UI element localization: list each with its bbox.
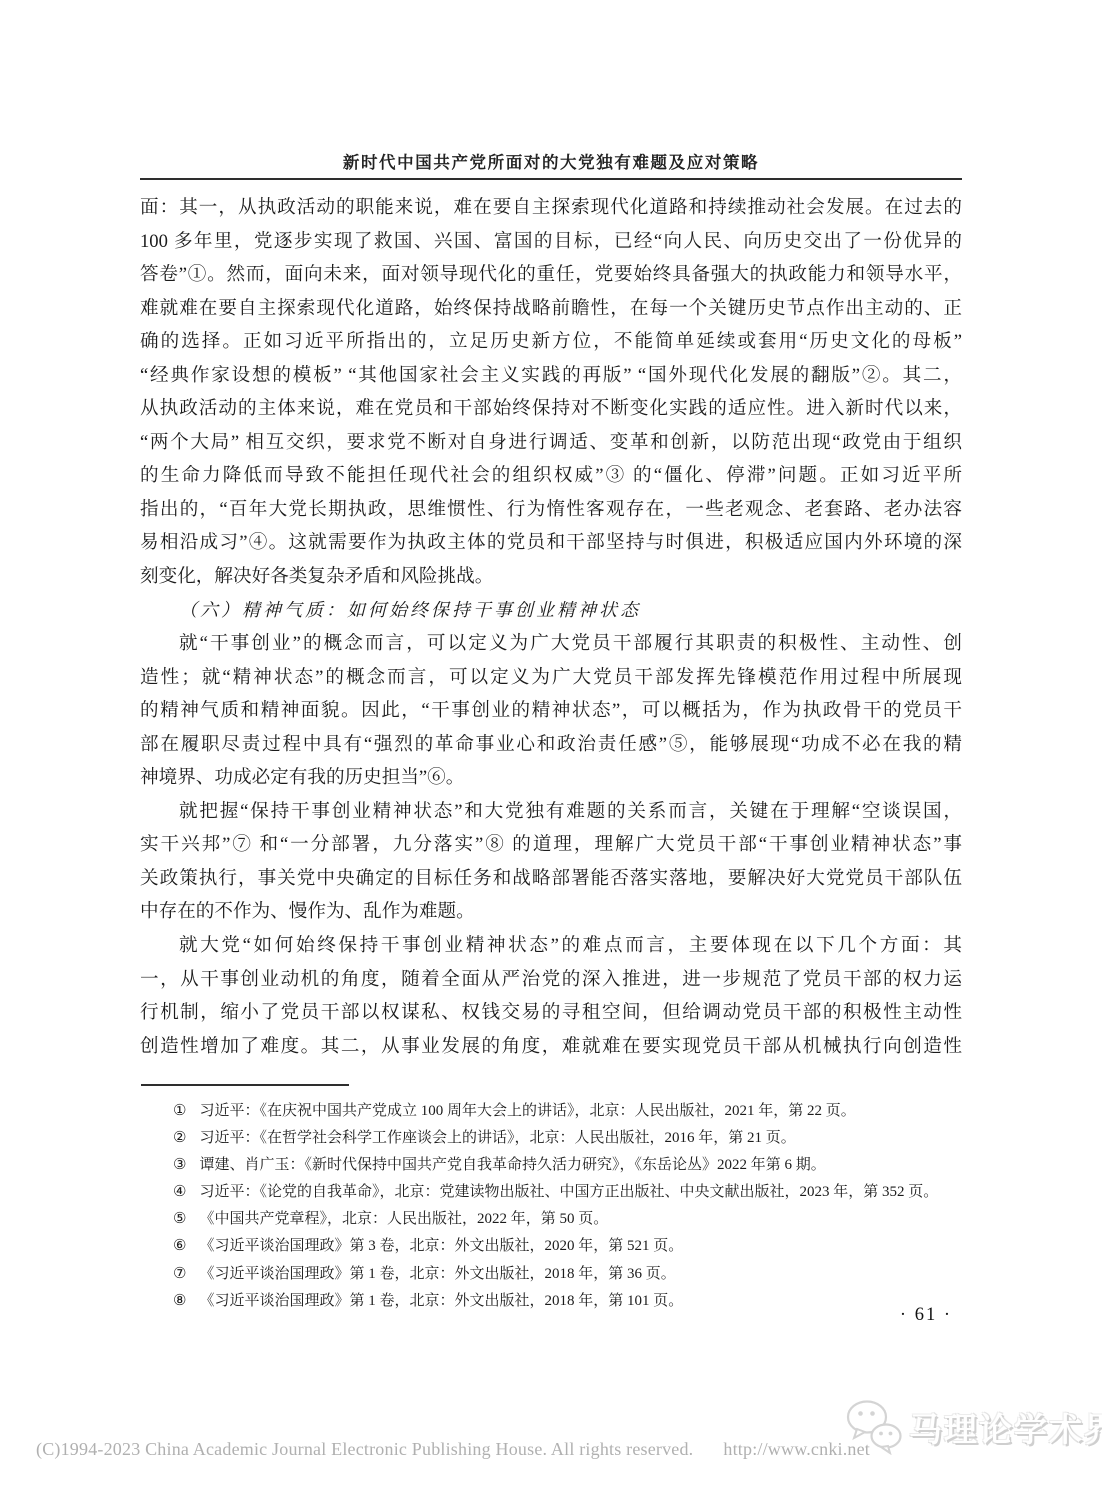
footnote-text: 习近平：《在哲学社会科学工作座谈会上的讲话》，北京：人民出版社，2016 年，第… xyxy=(199,1130,795,1146)
page-number: · 61 · xyxy=(140,1305,962,1326)
body-line: 神境界、功成必定有我的历史担当”⑥。 xyxy=(140,761,962,795)
body-line: 造性；就“精神状态”的概念而言，可以定义为广大党员干部发挥先锋模范作用过程中所展… xyxy=(140,661,962,695)
footnote-line: ⑦《习近平谈治国理政》第 1 卷，北京：外文出版社，2018 年，第 36 页。 xyxy=(140,1261,962,1288)
section-heading: （六）精神气质：如何始终保持干事创业精神状态 xyxy=(140,594,962,628)
footnote-text: 习近平：《论党的自我革命》，北京：党建读物出版社、中国方正出版社、中央文献出版社… xyxy=(199,1184,938,1200)
body-line: 答卷”①。然而，面向未来，面对领导现代化的重任，党要始终具备强大的执政能力和领导… xyxy=(140,258,962,292)
body-line: 关政策执行，事关党中央确定的目标任务和战略部署能否落实落地，要解决好大党党员干部… xyxy=(140,862,962,896)
footnote-marker: ⑦ xyxy=(173,1261,186,1288)
body-line: 就大党“如何始终保持干事创业精神状态”的难点而言，主要体现在以下几个方面：其 xyxy=(140,929,962,963)
footnote-text: 谭建、肖广玉：《新时代保持中国共产党自我革命持久活力研究》，《东岳论丛》2022… xyxy=(199,1157,825,1173)
body-line: 指出的，“百年大党长期执政，思维惯性、行为惰性客观存在，一些老观念、老套路、老办… xyxy=(140,493,962,527)
body-line: 实干兴邦”⑦ 和“一分部署，九分落实”⑧ 的道理，理解广大党员干部“干事创业精神… xyxy=(140,828,962,862)
footnote-text: 习近平：《在庆祝中国共产党成立 100 周年大会上的讲话》，北京：人民出版社，2… xyxy=(199,1103,855,1119)
footnote-line: ⑥《习近平谈治国理政》第 3 卷，北京：外文出版社，2020 年，第 521 页… xyxy=(140,1233,962,1260)
body-line: 从执政活动的主体来说，难在党员和干部始终保持对不断变化实践的适应性。进入新时代以… xyxy=(140,392,962,426)
body-line: 确的选择。正如习近平所指出的，立足历史新方位，不能简单延续或套用“历史文化的母板… xyxy=(140,325,962,359)
body-line: 刻变化，解决好各类复杂矛盾和风险挑战。 xyxy=(140,560,962,594)
copyright-text: (C)1994-2023 China Academic Journal Elec… xyxy=(36,1439,693,1459)
running-head-title: 新时代中国共产党所面对的大党独有难题及应对策略 xyxy=(0,149,1102,173)
footnotes: ①习近平：《在庆祝中国共产党成立 100 周年大会上的讲话》，北京：人民出版社，… xyxy=(140,1098,962,1315)
document-page: 新时代中国共产党所面对的大党独有难题及应对策略 面：其一，从执政活动的职能来说，… xyxy=(0,0,1102,1496)
body-line: 就把握“保持干事创业精神状态”和大党独有难题的关系而言，关键在于理解“空谈误国， xyxy=(140,795,962,829)
body-line: 的生命力降低而导致不能担任现代社会的组织权威”③ 的“僵化、停滞”问题。正如习近… xyxy=(140,459,962,493)
body-line: 就“干事创业”的概念而言，可以定义为广大党员干部履行其职责的积极性、主动性、创 xyxy=(140,627,962,661)
footnote-text: 《习近平谈治国理政》第 3 卷，北京：外文出版社，2020 年，第 521 页。 xyxy=(199,1238,683,1254)
wechat-icon xyxy=(845,1399,903,1455)
footnote-separator xyxy=(141,1084,349,1086)
footnote-text: 《中国共产党章程》，北京：人民出版社，2022 年，第 50 页。 xyxy=(199,1211,608,1227)
body-line: 行机制，缩小了党员干部以权谋私、权钱交易的寻租空间，但给调动党员干部的积极性主动… xyxy=(140,996,962,1030)
footnote-text: 《习近平谈治国理政》第 1 卷，北京：外文出版社，2018 年，第 36 页。 xyxy=(199,1266,675,1282)
footnote-marker: ① xyxy=(173,1098,186,1125)
body-line: 的精神气质和精神面貌。因此，“干事创业的精神状态”，可以概括为，作为执政骨干的党… xyxy=(140,694,962,728)
body-line: “两个大局” 相互交织，要求党不断对自身进行调适、变革和创新，以防范出现“政党由… xyxy=(140,426,962,460)
footnote-marker: ⑤ xyxy=(173,1206,186,1233)
footnote-marker: ⑥ xyxy=(173,1233,186,1260)
footnote-marker: ② xyxy=(173,1125,186,1152)
footnote-line: ①习近平：《在庆祝中国共产党成立 100 周年大会上的讲话》，北京：人民出版社，… xyxy=(140,1098,962,1125)
body-text: 面：其一，从执政活动的职能来说，难在要自主探索现代化道路和持续推动社会发展。在过… xyxy=(140,191,962,1063)
watermark-text: 马理论学术界 xyxy=(909,1404,1102,1451)
footnote-line: ⑤《中国共产党章程》，北京：人民出版社，2022 年，第 50 页。 xyxy=(140,1206,962,1233)
body-line: 易相沿成习”④。这就需要作为执政主体的党员和干部坚持与时俱进，积极适应国内外环境… xyxy=(140,526,962,560)
watermark: 马理论学术界 xyxy=(845,1399,1102,1455)
body-line: 创造性增加了难度。其二，从事业发展的角度，难就难在要实现党员干部从机械执行向创造… xyxy=(140,1030,962,1064)
header-rule xyxy=(140,178,962,180)
body-line: 面：其一，从执政活动的职能来说，难在要自主探索现代化道路和持续推动社会发展。在过… xyxy=(140,191,962,225)
footnote-line: ③谭建、肖广玉：《新时代保持中国共产党自我革命持久活力研究》，《东岳论丛》202… xyxy=(140,1152,962,1179)
footnote-marker: ③ xyxy=(173,1152,186,1179)
footnote-line: ②习近平：《在哲学社会科学工作座谈会上的讲话》，北京：人民出版社，2016 年，… xyxy=(140,1125,962,1152)
body-line: 部在履职尽责过程中具有“强烈的革命事业心和政治责任感”⑤，能够展现“功成不必在我… xyxy=(140,728,962,762)
body-line: 一，从干事创业动机的角度，随着全面从严治党的深入推进，进一步规范了党员干部的权力… xyxy=(140,963,962,997)
body-line: 难就难在要自主探索现代化道路，始终保持战略前瞻性，在每一个关键历史节点作出主动的… xyxy=(140,292,962,326)
footnote-marker: ④ xyxy=(173,1179,186,1206)
body-line: 中存在的不作为、慢作为、乱作为难题。 xyxy=(140,895,962,929)
body-line: “经典作家设想的模板” “其他国家社会主义实践的再版” “国外现代化发展的翻版”… xyxy=(140,359,962,393)
body-line: 100 多年里，党逐步实现了救国、兴国、富国的目标，已经“向人民、向历史交出了一… xyxy=(140,225,962,259)
footnote-line: ④习近平：《论党的自我革命》，北京：党建读物出版社、中国方正出版社、中央文献出版… xyxy=(140,1179,962,1206)
